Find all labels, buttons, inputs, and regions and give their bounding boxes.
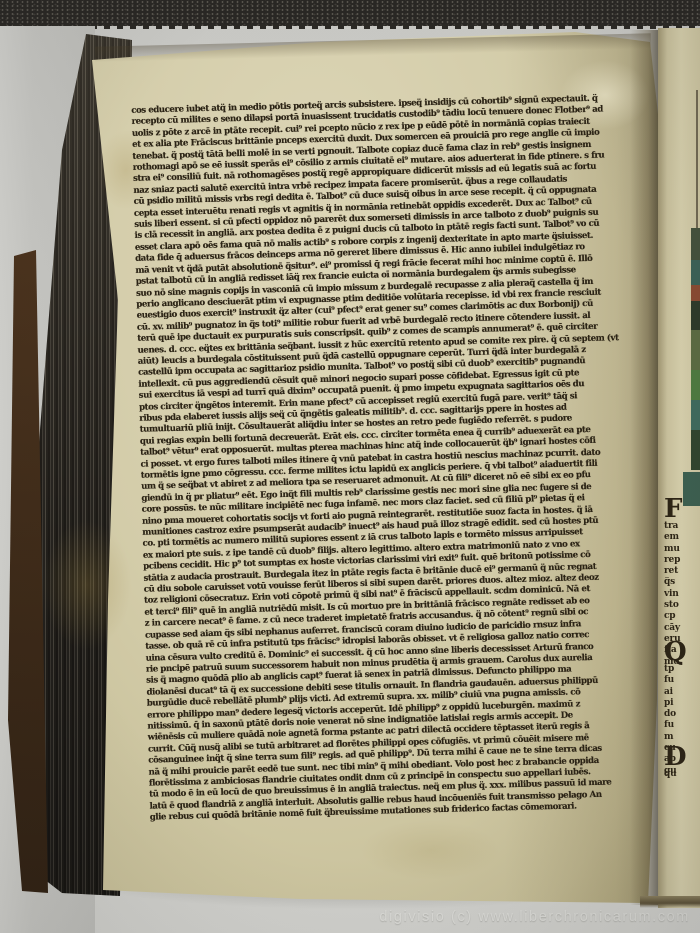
watermark-text: digivisio (c) www.liberchronicarum.com (379, 909, 690, 925)
colored-woodcut-strip (691, 0, 700, 933)
woodcut-fragment (691, 330, 700, 370)
woodcut-fragment (691, 370, 700, 400)
carpet-background (0, 0, 700, 26)
carpet-edge (0, 24, 700, 29)
woodcut-fragment (691, 430, 700, 470)
woodcut-fragment (691, 260, 700, 285)
woodcut-fragment (691, 301, 700, 330)
woodcut-fragment (691, 400, 700, 430)
woodcut-fragment (691, 285, 700, 301)
woodcut-fragment (683, 472, 700, 506)
book-photo: cos educere iubet atq̈ in medio pōtis po… (0, 0, 700, 933)
body-text-block: cos educere iubet atq̈ in medio pōtis po… (131, 93, 642, 828)
woodcut-fragment (691, 228, 700, 260)
